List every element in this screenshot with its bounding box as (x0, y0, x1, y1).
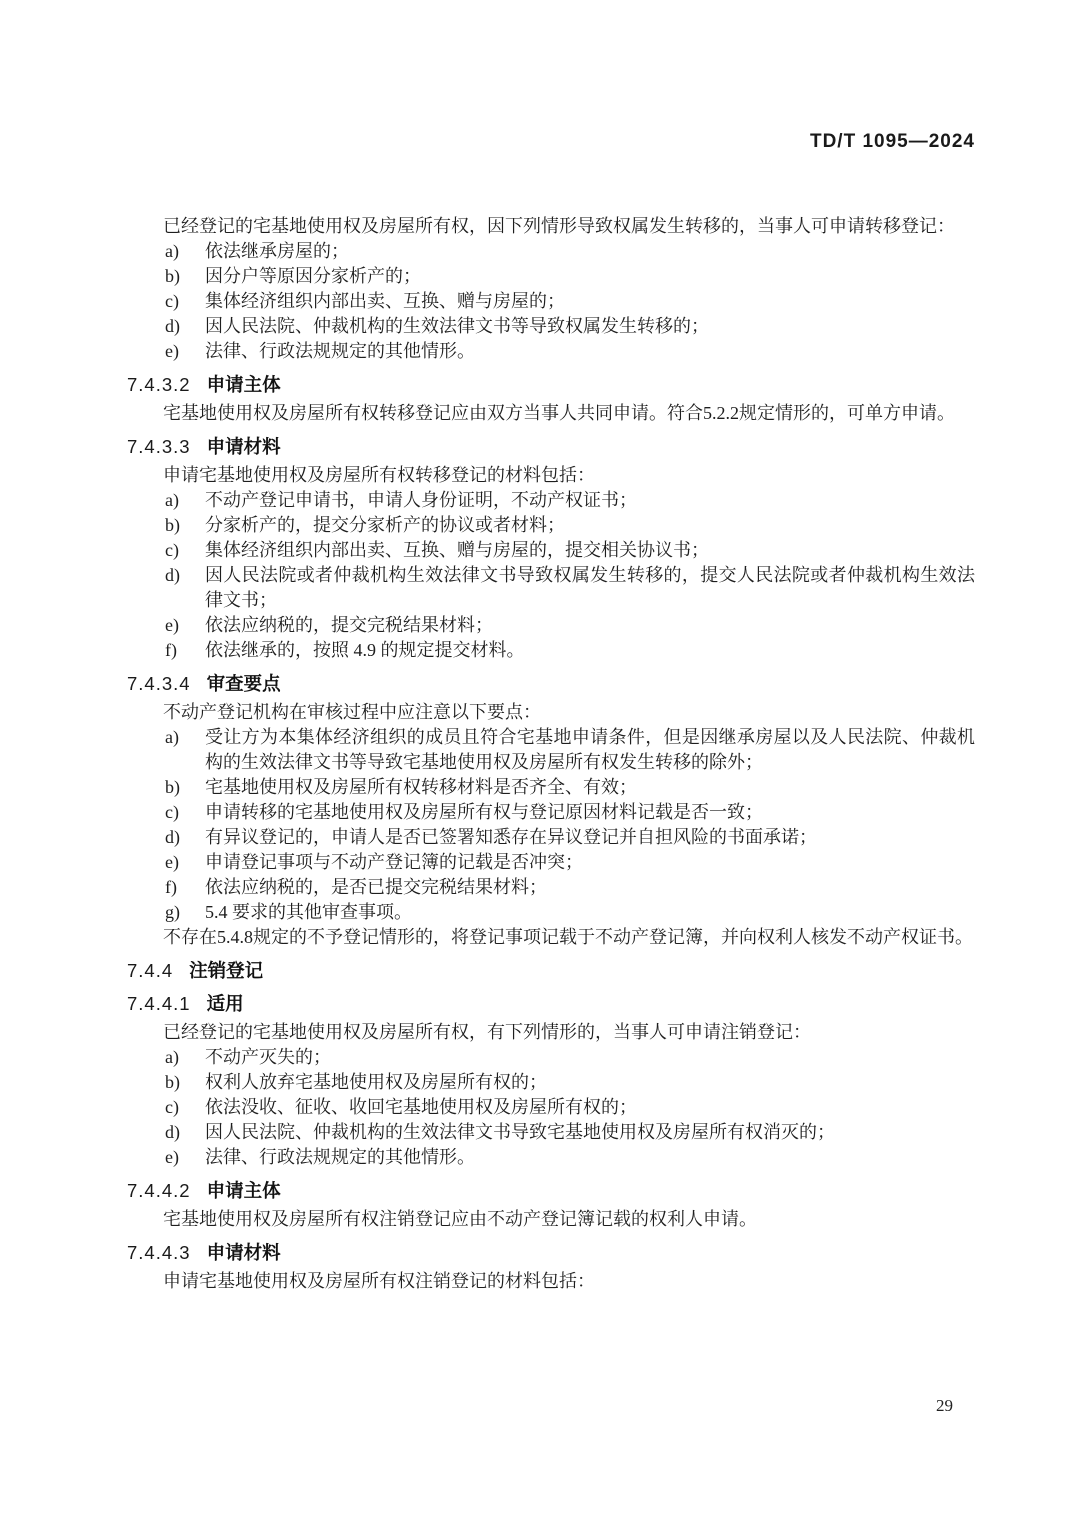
section-heading-7443: 7.4.4.3申请材料 (127, 1240, 975, 1265)
list-item-text: 因人民法院、仲裁机构的生效法律文书等导致权属发生转移的； (205, 314, 975, 339)
heading-number: 7.4.3.4 (127, 671, 191, 696)
list-item-label: b) (165, 775, 205, 800)
list-item-label: e) (165, 1145, 205, 1170)
list-item-label: a) (165, 488, 205, 513)
review-points-list: a)受让方为本集体经济组织的成员且符合宅基地申请条件，但是因继承房屋以及人民法院… (165, 725, 975, 925)
list-item: e)法律、行政法规规定的其他情形。 (165, 1145, 975, 1170)
heading-title: 注销登记 (189, 958, 263, 983)
list-item-text: 依法应纳税的，提交完税结果材料； (205, 613, 975, 638)
list-item-text: 集体经济组织内部出卖、互换、赠与房屋的，提交相关协议书； (205, 538, 975, 563)
list-item-label: d) (165, 1120, 205, 1145)
list-item-label: c) (165, 538, 205, 563)
list-item: f)依法继承的，按照 4.9 的规定提交材料。 (165, 638, 975, 663)
list-item-label: e) (165, 850, 205, 875)
paragraph-transfer-intro: 已经登记的宅基地使用权及房屋所有权，因下列情形导致权属发生转移的，当事人可申请转… (127, 214, 975, 239)
section-heading-7433: 7.4.3.3申请材料 (127, 434, 975, 459)
heading-title: 申请主体 (207, 1178, 281, 1203)
heading-number: 7.4.4 (127, 958, 173, 983)
list-item-label: c) (165, 800, 205, 825)
list-item-label: d) (165, 563, 205, 588)
list-item-text: 法律、行政法规规定的其他情形。 (205, 339, 975, 364)
list-item: b)宅基地使用权及房屋所有权转移材料是否齐全、有效； (165, 775, 975, 800)
list-item-text: 申请登记事项与不动产登记簿的记载是否冲突； (205, 850, 975, 875)
heading-title: 申请材料 (207, 1240, 281, 1265)
list-item: a)受让方为本集体经济组织的成员且符合宅基地申请条件，但是因继承房屋以及人民法院… (165, 725, 975, 775)
heading-title: 申请材料 (207, 434, 281, 459)
list-item-text: 集体经济组织内部出卖、互换、赠与房屋的； (205, 289, 975, 314)
list-item: b)权利人放弃宅基地使用权及房屋所有权的； (165, 1070, 975, 1095)
paragraph-7434-intro: 不动产登记机构在审核过程中应注意以下要点： (127, 700, 975, 725)
list-item-text: 权利人放弃宅基地使用权及房屋所有权的； (205, 1070, 975, 1095)
heading-title: 审查要点 (207, 671, 281, 696)
heading-title: 申请主体 (207, 372, 281, 397)
list-item-label: e) (165, 613, 205, 638)
paragraph-7432: 宅基地使用权及房屋所有权转移登记应由双方当事人共同申请。符合5.2.2规定情形的… (127, 401, 975, 426)
list-item: d)因人民法院、仲裁机构的生效法律文书等导致权属发生转移的； (165, 314, 975, 339)
list-item: c)集体经济组织内部出卖、互换、赠与房屋的，提交相关协议书； (165, 538, 975, 563)
doc-code: TD/T 1095—2024 (810, 131, 975, 153)
page-number: 29 (936, 1396, 953, 1416)
list-item-label: d) (165, 825, 205, 850)
list-item-text: 不动产登记申请书，申请人身份证明，不动产权证书； (205, 488, 975, 513)
list-item: b)因分户等原因分家析产的； (165, 264, 975, 289)
list-item: c)集体经济组织内部出卖、互换、赠与房屋的； (165, 289, 975, 314)
list-item: e)依法应纳税的，提交完税结果材料； (165, 613, 975, 638)
list-item-text: 依法应纳税的，是否已提交完税结果材料； (205, 875, 975, 900)
list-item-text: 宅基地使用权及房屋所有权转移材料是否齐全、有效； (205, 775, 975, 800)
list-item: d)因人民法院或者仲裁机构生效法律文书导致权属发生转移的，提交人民法院或者仲裁机… (165, 563, 975, 613)
paragraph-7433-intro: 申请宅基地使用权及房屋所有权转移登记的材料包括： (127, 463, 975, 488)
list-item-label: f) (165, 875, 205, 900)
page-content: 已经登记的宅基地使用权及房屋所有权，因下列情形导致权属发生转移的，当事人可申请转… (127, 214, 975, 1294)
paragraph-7443-intro: 申请宅基地使用权及房屋所有权注销登记的材料包括： (127, 1269, 975, 1294)
list-item: c)依法没收、征收、收回宅基地使用权及房屋所有权的； (165, 1095, 975, 1120)
list-item: a)不动产登记申请书，申请人身份证明，不动产权证书； (165, 488, 975, 513)
list-item-label: c) (165, 1095, 205, 1120)
section-heading-7442: 7.4.4.2申请主体 (127, 1178, 975, 1203)
heading-number: 7.4.4.2 (127, 1178, 191, 1203)
list-item: a)依法继承房屋的； (165, 239, 975, 264)
paragraph-7442: 宅基地使用权及房屋所有权注销登记应由不动产登记簿记载的权利人申请。 (127, 1207, 975, 1232)
list-item: g)5.4 要求的其他审查事项。 (165, 900, 975, 925)
heading-title: 适用 (207, 991, 244, 1016)
section-heading-7441: 7.4.4.1适用 (127, 991, 975, 1016)
list-item-text: 因人民法院、仲裁机构的生效法律文书导致宅基地使用权及房屋所有权消灭的； (205, 1120, 975, 1145)
list-item-label: b) (165, 264, 205, 289)
list-item: a)不动产灭失的； (165, 1045, 975, 1070)
transfer-situations-list: a)依法继承房屋的； b)因分户等原因分家析产的； c)集体经济组织内部出卖、互… (165, 239, 975, 364)
list-item-label: c) (165, 289, 205, 314)
list-item-label: g) (165, 900, 205, 925)
list-item-text: 因人民法院或者仲裁机构生效法律文书导致权属发生转移的，提交人民法院或者仲裁机构生… (205, 563, 975, 613)
list-item-text: 分家析产的，提交分家析产的协议或者材料； (205, 513, 975, 538)
heading-number: 7.4.3.2 (127, 372, 191, 397)
list-item-text: 依法继承的，按照 4.9 的规定提交材料。 (205, 638, 975, 663)
list-item-label: a) (165, 1045, 205, 1070)
list-item-label: a) (165, 725, 205, 750)
list-item-text: 法律、行政法规规定的其他情形。 (205, 1145, 975, 1170)
list-item: d)有异议登记的，申请人是否已签署知悉存在异议登记并自担风险的书面承诺； (165, 825, 975, 850)
list-item: b)分家析产的，提交分家析产的协议或者材料； (165, 513, 975, 538)
list-item: e)法律、行政法规规定的其他情形。 (165, 339, 975, 364)
list-item: e)申请登记事项与不动产登记簿的记载是否冲突； (165, 850, 975, 875)
list-item: d)因人民法院、仲裁机构的生效法律文书导致宅基地使用权及房屋所有权消灭的； (165, 1120, 975, 1145)
list-item: f)依法应纳税的，是否已提交完税结果材料； (165, 875, 975, 900)
section-heading-744: 7.4.4注销登记 (127, 958, 975, 983)
list-item-text: 因分户等原因分家析产的； (205, 264, 975, 289)
list-item-text: 有异议登记的，申请人是否已签署知悉存在异议登记并自担风险的书面承诺； (205, 825, 975, 850)
list-item-text: 依法没收、征收、收回宅基地使用权及房屋所有权的； (205, 1095, 975, 1120)
transfer-materials-list: a)不动产登记申请书，申请人身份证明，不动产权证书； b)分家析产的，提交分家析… (165, 488, 975, 663)
paragraph-7434-closing: 不存在5.4.8规定的不予登记情形的，将登记事项记载于不动产登记簿，并向权利人核… (127, 925, 975, 950)
section-heading-7434: 7.4.3.4审查要点 (127, 671, 975, 696)
list-item-label: f) (165, 638, 205, 663)
list-item-text: 依法继承房屋的； (205, 239, 975, 264)
section-heading-7432: 7.4.3.2申请主体 (127, 372, 975, 397)
paragraph-7441-intro: 已经登记的宅基地使用权及房屋所有权，有下列情形的，当事人可申请注销登记： (127, 1020, 975, 1045)
list-item-label: b) (165, 513, 205, 538)
list-item-label: e) (165, 339, 205, 364)
document-page: TD/T 1095—2024 已经登记的宅基地使用权及房屋所有权，因下列情形导致… (0, 0, 1074, 1520)
list-item-label: b) (165, 1070, 205, 1095)
list-item-text: 不动产灭失的； (205, 1045, 975, 1070)
list-item-text: 受让方为本集体经济组织的成员且符合宅基地申请条件，但是因继承房屋以及人民法院、仲… (205, 725, 975, 775)
heading-number: 7.4.3.3 (127, 434, 191, 459)
list-item-label: a) (165, 239, 205, 264)
heading-number: 7.4.4.3 (127, 1240, 191, 1265)
list-item-text: 5.4 要求的其他审查事项。 (205, 900, 975, 925)
cancellation-situations-list: a)不动产灭失的； b)权利人放弃宅基地使用权及房屋所有权的； c)依法没收、征… (165, 1045, 975, 1170)
list-item-label: d) (165, 314, 205, 339)
list-item: c)申请转移的宅基地使用权及房屋所有权与登记原因材料记载是否一致； (165, 800, 975, 825)
heading-number: 7.4.4.1 (127, 991, 191, 1016)
list-item-text: 申请转移的宅基地使用权及房屋所有权与登记原因材料记载是否一致； (205, 800, 975, 825)
